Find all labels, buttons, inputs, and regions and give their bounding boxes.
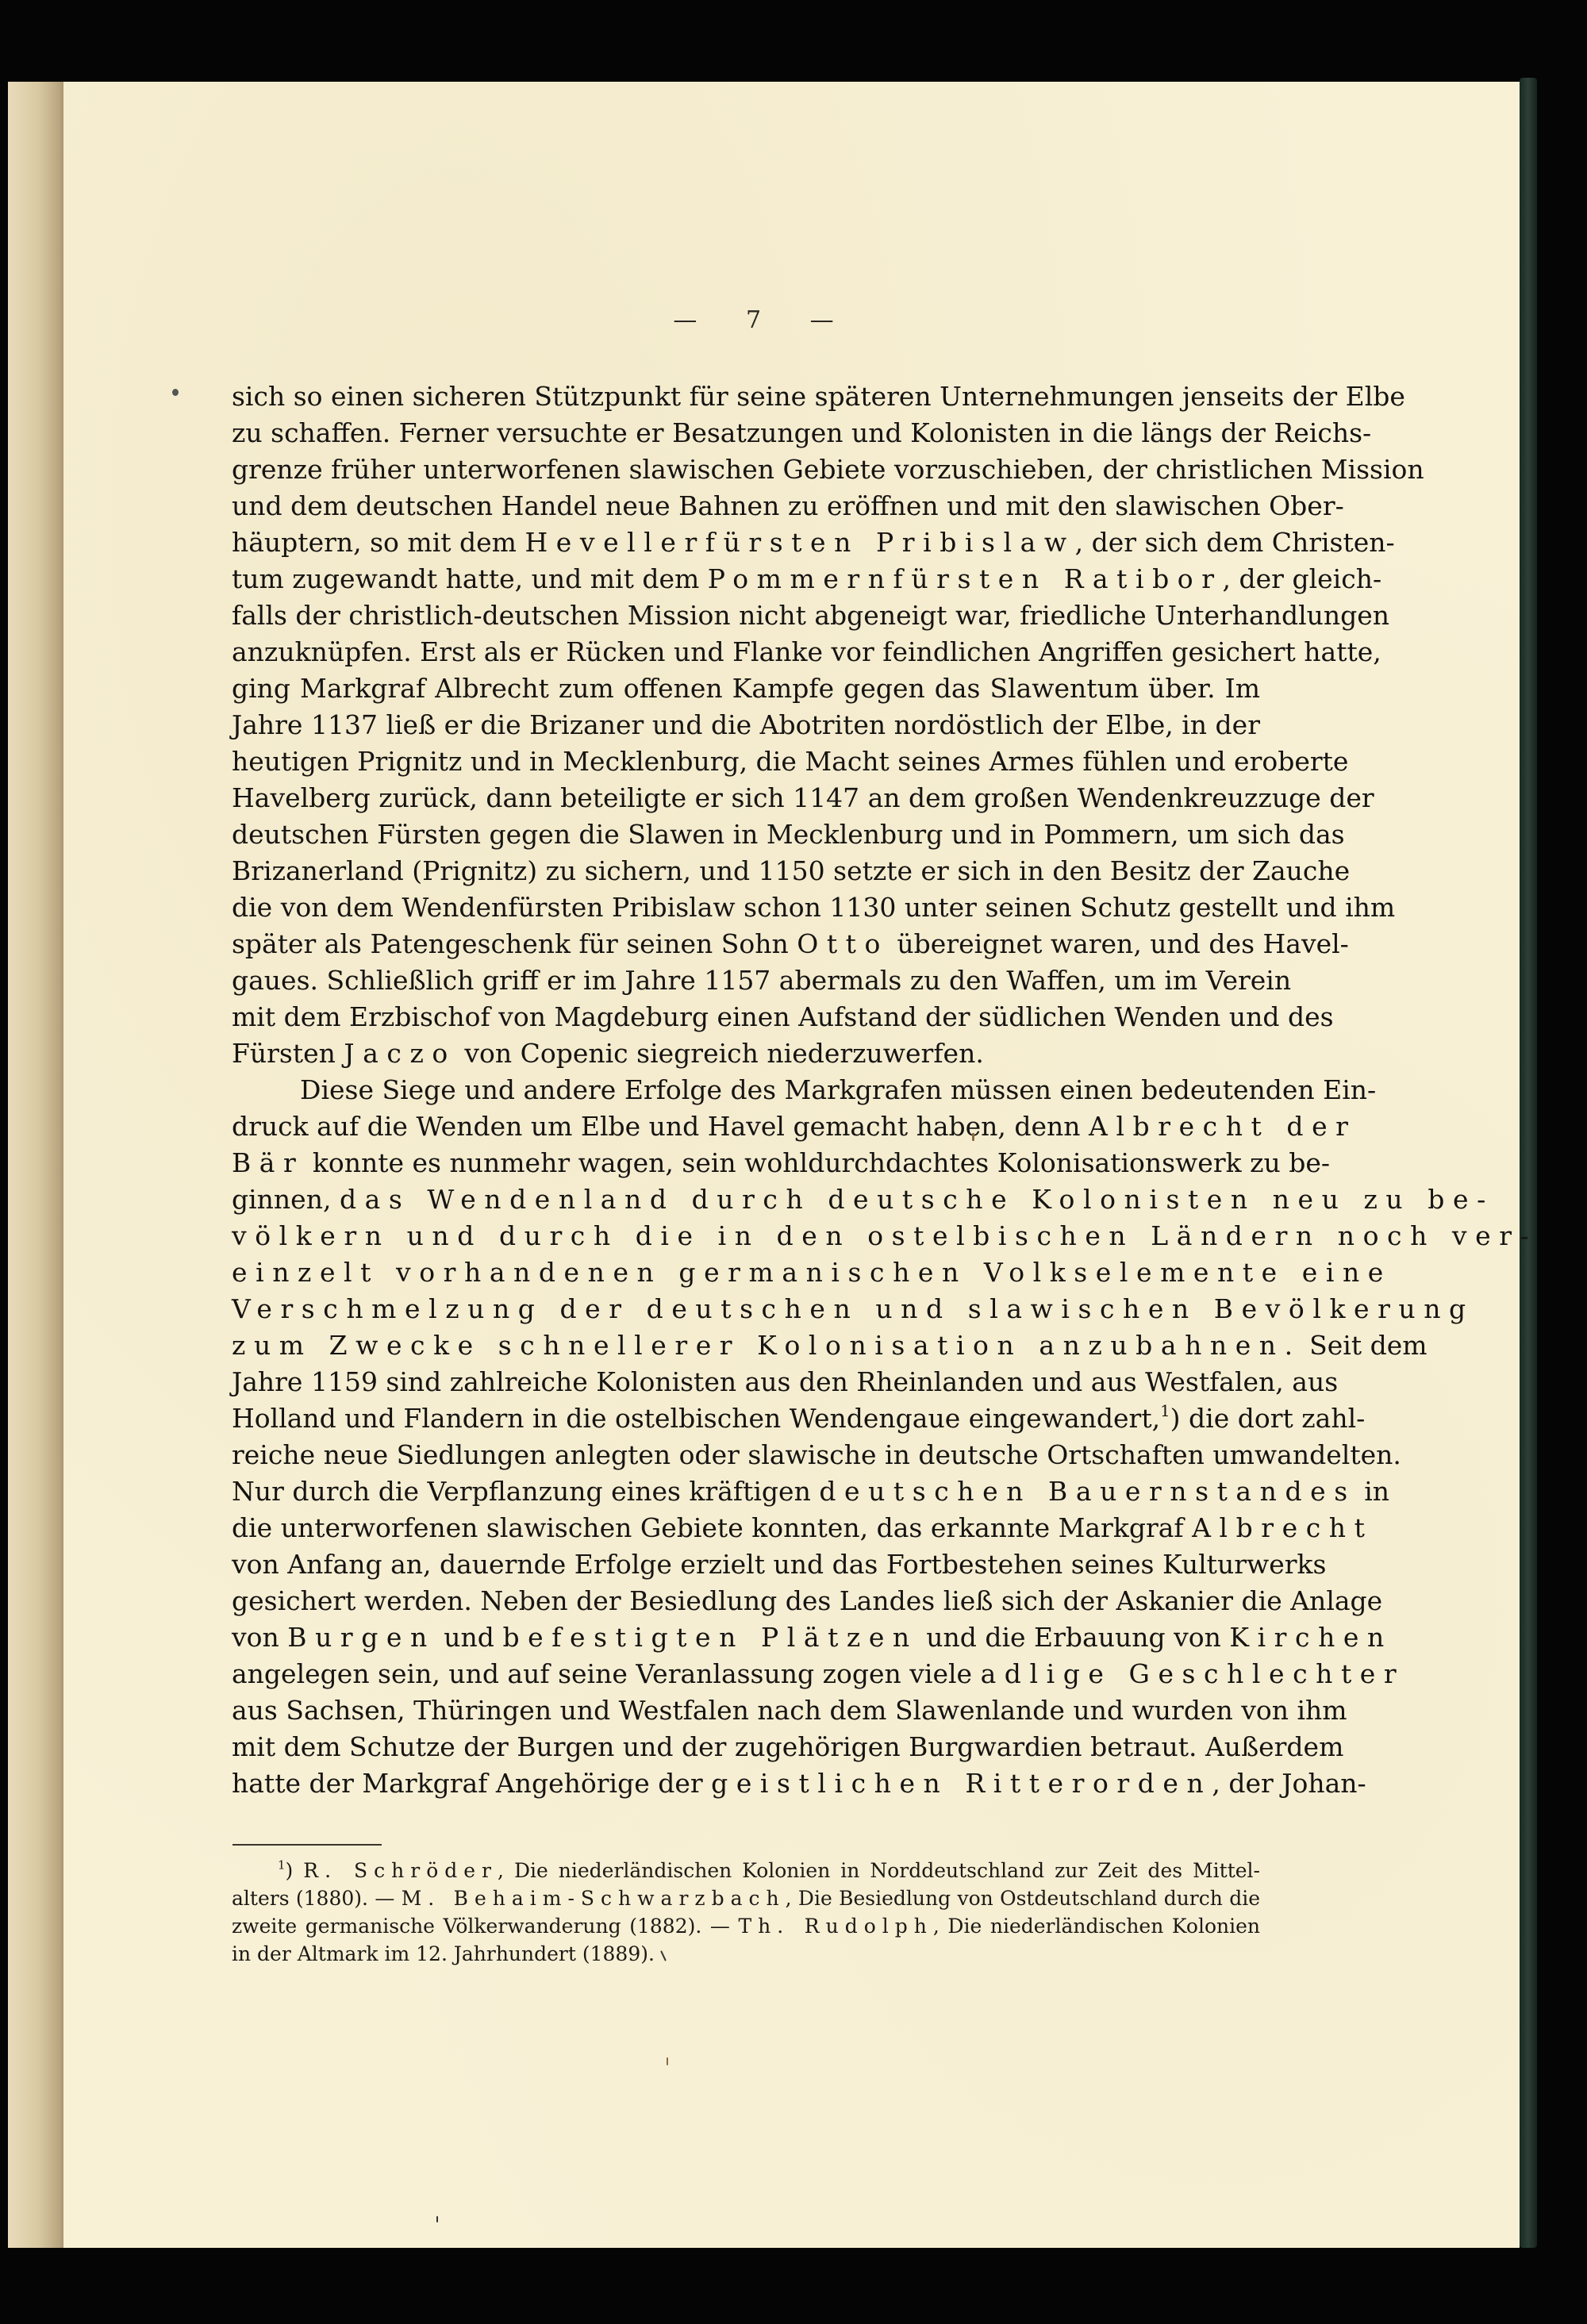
text-run: Holland und Flandern in die ostelbischen… xyxy=(232,1403,1160,1434)
spaced-emphasis: adlige Geschlechter xyxy=(981,1658,1405,1689)
spaced-emphasis: zum Zwecke schnellerer Kolonisation anzu… xyxy=(232,1330,1301,1361)
body-line: Nur durch die Verpflanzung eines kräftig… xyxy=(232,1473,1260,1510)
body-line: druck auf die Wenden um Elbe und Havel g… xyxy=(232,1108,1260,1145)
text-run: tum zugewandt hatte, und mit dem xyxy=(232,563,708,594)
text-run: zu schaffen. Ferner versuchte er Besatzu… xyxy=(232,417,1371,448)
footnote-line: 1) R. Schröder, Die niederländischen Kol… xyxy=(232,1857,1260,1884)
text-run: ) xyxy=(286,1859,304,1882)
body-line: hatte der Markgraf Angehörige der geistl… xyxy=(232,1765,1260,1802)
spaced-emphasis: Pommernfürsten Ratibor xyxy=(708,563,1223,594)
text-run: , der Johan- xyxy=(1212,1768,1366,1799)
body-line: später als Patengeschenk für seinen Sohn… xyxy=(232,926,1260,962)
spaced-emphasis: Kirchen xyxy=(1229,1622,1392,1653)
spaced-emphasis: Bär xyxy=(232,1147,304,1178)
spaced-emphasis: völkern und durch die in den ostelbische… xyxy=(232,1220,1537,1251)
text-run: mit dem Schutze der Burgen und der zugeh… xyxy=(232,1731,1343,1762)
body-line: heutigen Prignitz und in Mecklenburg, di… xyxy=(232,743,1260,780)
margin-dot-mark xyxy=(172,389,179,396)
text-run: angelegen sein, und auf seine Veranlassu… xyxy=(232,1658,981,1689)
spaced-emphasis: einzelt vorhandenen germanischen Volksel… xyxy=(232,1257,1392,1288)
text-run: und dem deutschen Handel neue Bahnen zu … xyxy=(232,490,1344,521)
text-run: und die Erbauung von xyxy=(918,1622,1230,1653)
text-run: von Copenic siegreich niederzuwerfen. xyxy=(456,1038,984,1069)
text-run: häuptern, so mit dem xyxy=(232,527,525,558)
body-line: Diese Siege und andere Erfolge des Markg… xyxy=(232,1072,1260,1108)
body-line: die von dem Wendenfürsten Pribislaw scho… xyxy=(232,889,1260,926)
body-line: tum zugewandt hatte, und mit dem Pommern… xyxy=(232,561,1260,597)
footnote-separator xyxy=(232,1844,382,1846)
body-line: angelegen sein, und auf seine Veranlassu… xyxy=(232,1656,1260,1692)
footnotes: 1) R. Schröder, Die niederländischen Kol… xyxy=(232,1857,1260,1968)
body-line: aus Sachsen, Thüringen und Westfalen nac… xyxy=(232,1692,1260,1729)
text-run: sich so einen sicheren Stützpunkt für se… xyxy=(232,381,1405,412)
text-run: grenze früher unterworfenen slawischen G… xyxy=(232,454,1424,485)
text-run: Jahre 1159 sind zahlreiche Kolonisten au… xyxy=(232,1366,1338,1397)
text-run: Havelberg zurück, dann beteiligte er sic… xyxy=(232,782,1374,813)
spaced-emphasis: geistlichen Ritterorden xyxy=(711,1768,1212,1799)
paper-speck xyxy=(667,2057,668,2065)
body-line: einzelt vorhandenen germanischen Volksel… xyxy=(232,1254,1260,1291)
text-run: falls der christlich-deutschen Mission n… xyxy=(232,600,1389,631)
body-line: Bär konnte es nunmehr wagen, sein wohldu… xyxy=(232,1145,1260,1181)
body-line: anzuknüpfen. Erst als er Rücken und Flan… xyxy=(232,634,1260,670)
body-line: Holland und Flandern in die ostelbischen… xyxy=(232,1400,1260,1437)
body-line: Brizanerland (Prignitz) zu sichern, und … xyxy=(232,853,1260,889)
footnote-line: alters (1880). — M. Behaim-Schwarzbach, … xyxy=(232,1884,1260,1912)
body-line: Havelberg zurück, dann beteiligte er sic… xyxy=(232,780,1260,816)
footnote-ref: 1 xyxy=(278,1858,286,1873)
spaced-emphasis: Burgen xyxy=(287,1622,436,1653)
body-line: Jahre 1159 sind zahlreiche Kolonisten au… xyxy=(232,1364,1260,1400)
text-run: Jahre 1137 ließ er die Brizaner und die … xyxy=(232,709,1260,740)
text-run: ginnen, xyxy=(232,1184,340,1215)
body-line: falls der christlich-deutschen Mission n… xyxy=(232,597,1260,634)
body-line: und dem deutschen Handel neue Bahnen zu … xyxy=(232,488,1260,524)
body-line: Fürsten Jaczo von Copenic siegreich nied… xyxy=(232,1035,1260,1072)
spaced-emphasis: deutschen Bauernstandes xyxy=(819,1476,1355,1507)
text-run: Fürsten xyxy=(232,1038,344,1069)
text-run: Seit dem xyxy=(1301,1330,1428,1361)
text-run: von Anfang an, dauernde Erfolge erzielt … xyxy=(232,1549,1326,1580)
body-line: deutschen Fürsten gegen die Slawen in Me… xyxy=(232,816,1260,853)
spaced-emphasis: befestigten Plätzen xyxy=(502,1622,917,1653)
text-run: alters (1880). — xyxy=(232,1887,402,1910)
text-run: mit dem Erzbischof von Magdeburg einen A… xyxy=(232,1001,1334,1032)
spaced-emphasis: Verschmelzung der deutschen und slawisch… xyxy=(232,1293,1474,1324)
text-run: in xyxy=(1356,1476,1389,1507)
body-line: zum Zwecke schnellerer Kolonisation anzu… xyxy=(232,1327,1260,1364)
text-run: in der Altmark im 12. Jahrhundert (1889)… xyxy=(232,1942,655,1965)
text-run: die von dem Wendenfürsten Pribislaw scho… xyxy=(232,892,1395,923)
spaced-emphasis: Otto xyxy=(797,928,889,959)
spaced-emphasis: Albrecht der xyxy=(1089,1111,1356,1142)
spaced-emphasis: R. Schröder xyxy=(303,1859,498,1882)
text-run: Diese Siege und andere Erfolge des Markg… xyxy=(300,1074,1376,1105)
footnote-line: in der Altmark im 12. Jahrhundert (1889)… xyxy=(232,1940,1260,1968)
body-line: völkern und durch die in den ostelbische… xyxy=(232,1218,1260,1254)
spaced-emphasis: Th. Rudolph xyxy=(738,1915,932,1938)
paper-speck xyxy=(972,1133,974,1141)
body-text: sich so einen sicheren Stützpunkt für se… xyxy=(232,378,1260,1802)
body-line: mit dem Schutze der Burgen und der zugeh… xyxy=(232,1729,1260,1765)
text-run: reiche neue Siedlungen anlegten oder sla… xyxy=(232,1439,1401,1470)
text-run: und xyxy=(436,1622,503,1653)
text-run: konnte es nunmehr wagen, sein wohldurchd… xyxy=(304,1147,1330,1178)
body-line: Jahre 1137 ließ er die Brizaner und die … xyxy=(232,707,1260,743)
body-line: zu schaffen. Ferner versuchte er Besatzu… xyxy=(232,415,1260,451)
text-run: zweite germanische Völkerwanderung (1882… xyxy=(232,1915,738,1938)
page-gutter-shadow xyxy=(8,82,63,2248)
book-page: — 7 — sich so einen sicheren Stützpunkt … xyxy=(8,82,1520,2248)
text-run: , Die niederländischen Kolonien in Nordd… xyxy=(498,1859,1260,1882)
paper-speck xyxy=(436,2216,438,2222)
body-line: von Anfang an, dauernde Erfolge erzielt … xyxy=(232,1546,1260,1583)
text-run: übereignet waren, und des Havel- xyxy=(889,928,1349,959)
spaced-emphasis: M. Behaim-Schwarzbach xyxy=(402,1887,786,1910)
text-run: , der sich dem Christen- xyxy=(1075,527,1395,558)
text-run: ) die dort zahl- xyxy=(1170,1403,1366,1434)
page-number: — 7 — xyxy=(8,306,1520,334)
text-run: , der gleich- xyxy=(1223,563,1382,594)
body-line: die unterworfenen slawischen Gebiete kon… xyxy=(232,1510,1260,1546)
text-run: ging Markgraf Albrecht zum offenen Kampf… xyxy=(232,673,1260,704)
text-run: gesichert werden. Neben der Besiedlung d… xyxy=(232,1585,1382,1616)
text-run: heutigen Prignitz und in Mecklenburg, di… xyxy=(232,746,1348,777)
body-line: ginnen, das Wendenland durch deutsche Ko… xyxy=(232,1181,1260,1218)
text-run: anzuknüpfen. Erst als er Rücken und Flan… xyxy=(232,636,1381,667)
body-line: mit dem Erzbischof von Magdeburg einen A… xyxy=(232,999,1260,1035)
text-run: , Die Besiedlung von Ostdeutschland durc… xyxy=(786,1887,1260,1910)
spaced-emphasis: Hevellerfürsten Pribislaw xyxy=(525,527,1074,558)
text-run: Brizanerland (Prignitz) zu sichern, und … xyxy=(232,855,1350,886)
spaced-emphasis: das Wendenland durch deutsche Kolonisten… xyxy=(340,1184,1494,1215)
footnote-line: zweite germanische Völkerwanderung (1882… xyxy=(232,1912,1260,1940)
spaced-emphasis: Albrecht xyxy=(1192,1512,1373,1543)
text-run: , Die niederländischen Kolonien xyxy=(933,1915,1260,1938)
text-run: die unterworfenen slawischen Gebiete kon… xyxy=(232,1512,1192,1543)
text-run: von xyxy=(232,1622,287,1653)
body-line: sich so einen sicheren Stützpunkt für se… xyxy=(232,378,1260,415)
book-binding-edge xyxy=(1520,78,1537,2248)
body-line: von Burgen und befestigten Plätzen und d… xyxy=(232,1619,1260,1656)
spaced-emphasis: Jaczo xyxy=(344,1038,455,1069)
text-run: aus Sachsen, Thüringen und Westfalen nac… xyxy=(232,1695,1347,1726)
body-line: gaues. Schließlich griff er im Jahre 115… xyxy=(232,962,1260,999)
text-run: deutschen Fürsten gegen die Slawen in Me… xyxy=(232,819,1345,850)
text-run: Nur durch die Verpflanzung eines kräftig… xyxy=(232,1476,819,1507)
footnote-ref: 1 xyxy=(1160,1402,1170,1420)
text-run: gaues. Schließlich griff er im Jahre 115… xyxy=(232,965,1291,996)
body-line: grenze früher unterworfenen slawischen G… xyxy=(232,451,1260,488)
text-run: später als Patengeschenk für seinen Sohn xyxy=(232,928,797,959)
body-line: Verschmelzung der deutschen und slawisch… xyxy=(232,1291,1260,1327)
body-line: häuptern, so mit dem Hevellerfürsten Pri… xyxy=(232,524,1260,561)
text-run: druck auf die Wenden um Elbe und Havel g… xyxy=(232,1111,1089,1142)
body-line: reiche neue Siedlungen anlegten oder sla… xyxy=(232,1437,1260,1473)
body-line: gesichert werden. Neben der Besiedlung d… xyxy=(232,1583,1260,1619)
text-run: hatte der Markgraf Angehörige der xyxy=(232,1768,711,1799)
body-line: ging Markgraf Albrecht zum offenen Kampf… xyxy=(232,670,1260,707)
